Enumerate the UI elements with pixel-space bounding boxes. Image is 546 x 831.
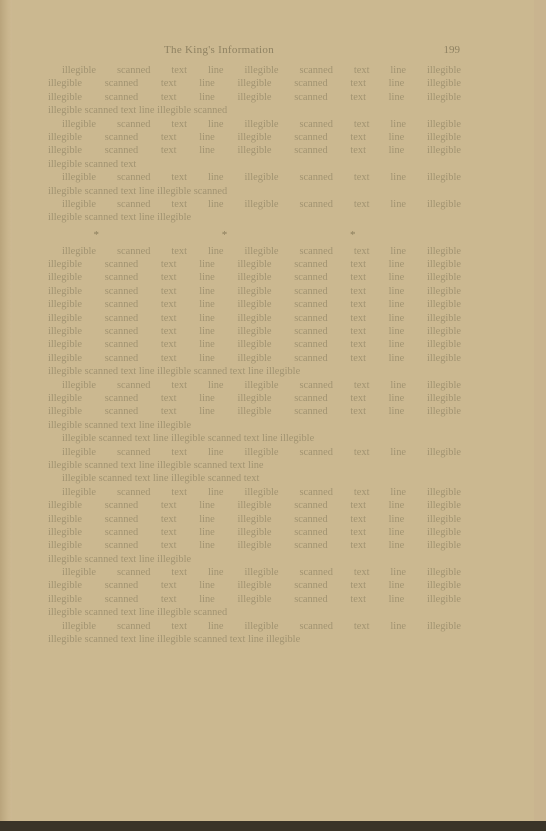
- text-line: illegible scanned text line illegible: [48, 211, 461, 224]
- paragraph: illegible scanned text line illegible sc…: [48, 566, 461, 620]
- text-line: illegible scanned text line illegible sc…: [48, 258, 461, 271]
- text-line: illegible scanned text line illegible sc…: [48, 579, 461, 592]
- paragraph: illegible scanned text line illegible sc…: [48, 472, 461, 485]
- page-number: 199: [444, 44, 461, 56]
- text-line: illegible scanned text line illegible sc…: [48, 593, 461, 606]
- text-line: illegible scanned text line illegible sc…: [48, 118, 461, 131]
- text-line: illegible scanned text line illegible sc…: [48, 91, 461, 104]
- text-line: illegible scanned text line illegible sc…: [48, 405, 461, 418]
- paragraph: illegible scanned text line illegible sc…: [48, 486, 461, 566]
- book-gutter: [0, 0, 12, 831]
- text-line: illegible scanned text line illegible sc…: [48, 298, 461, 311]
- text-line: illegible scanned text line illegible: [48, 553, 461, 566]
- text-line: illegible scanned text line illegible sc…: [48, 446, 461, 459]
- page-edge: [534, 0, 546, 831]
- text-line: illegible scanned text line illegible sc…: [48, 539, 461, 552]
- text-line: illegible scanned text line illegible sc…: [48, 432, 461, 445]
- text-line: illegible scanned text line illegible: [48, 419, 461, 432]
- text-line: illegible scanned text line illegible sc…: [48, 352, 461, 365]
- text-line: illegible scanned text line illegible sc…: [48, 325, 461, 338]
- paragraph: illegible scanned text line illegible sc…: [48, 198, 461, 225]
- text-line: illegible scanned text line illegible sc…: [48, 606, 461, 619]
- text-line: illegible scanned text line illegible sc…: [48, 566, 461, 579]
- text-line: illegible scanned text line illegible sc…: [48, 271, 461, 284]
- text-line: illegible scanned text line illegible sc…: [48, 245, 461, 258]
- text-line: illegible scanned text line illegible sc…: [48, 312, 461, 325]
- text-line: illegible scanned text line illegible sc…: [48, 171, 461, 184]
- running-head: The King's Information 199: [48, 44, 460, 58]
- body-text: illegible scanned text line illegible sc…: [48, 64, 461, 646]
- text-line: illegible scanned text line illegible sc…: [48, 77, 461, 90]
- paragraph: illegible scanned text line illegible sc…: [48, 64, 461, 118]
- text-line: illegible scanned text line illegible sc…: [48, 459, 461, 472]
- paragraph: illegible scanned text line illegible sc…: [48, 379, 461, 433]
- text-line: illegible scanned text line illegible sc…: [48, 131, 461, 144]
- text-line: illegible scanned text line illegible sc…: [48, 633, 461, 646]
- text-line: illegible scanned text line illegible sc…: [48, 338, 461, 351]
- text-line: illegible scanned text line illegible sc…: [48, 526, 461, 539]
- text-line: illegible scanned text line illegible sc…: [48, 285, 461, 298]
- paragraph: illegible scanned text line illegible sc…: [48, 446, 461, 473]
- text-line: illegible scanned text line illegible sc…: [48, 620, 461, 633]
- text-line: illegible scanned text line illegible sc…: [48, 486, 461, 499]
- paragraph: illegible scanned text line illegible sc…: [48, 432, 461, 445]
- text-line: illegible scanned text line illegible sc…: [48, 185, 461, 198]
- text-line: illegible scanned text line illegible sc…: [48, 499, 461, 512]
- paragraph: illegible scanned text line illegible sc…: [48, 620, 461, 647]
- text-line: illegible scanned text line illegible sc…: [48, 392, 461, 405]
- text-line: illegible scanned text line illegible sc…: [48, 144, 461, 157]
- text-line: illegible scanned text line illegible sc…: [48, 198, 461, 211]
- section-ornament: * * *: [48, 225, 461, 245]
- paragraph: illegible scanned text line illegible sc…: [48, 118, 461, 172]
- scan-bottom-edge: [0, 821, 546, 831]
- text-line: illegible scanned text line illegible sc…: [48, 472, 461, 485]
- text-line: illegible scanned text line illegible sc…: [48, 104, 461, 117]
- text-line: illegible scanned text line illegible sc…: [48, 365, 461, 378]
- text-line: illegible scanned text line illegible sc…: [48, 513, 461, 526]
- paragraph: illegible scanned text line illegible sc…: [48, 245, 461, 379]
- text-line: illegible scanned text line illegible sc…: [48, 379, 461, 392]
- running-head-title: The King's Information: [164, 44, 274, 56]
- paragraph: illegible scanned text line illegible sc…: [48, 171, 461, 198]
- text-line: illegible scanned text line illegible sc…: [48, 64, 461, 77]
- text-line: illegible scanned text: [48, 158, 461, 171]
